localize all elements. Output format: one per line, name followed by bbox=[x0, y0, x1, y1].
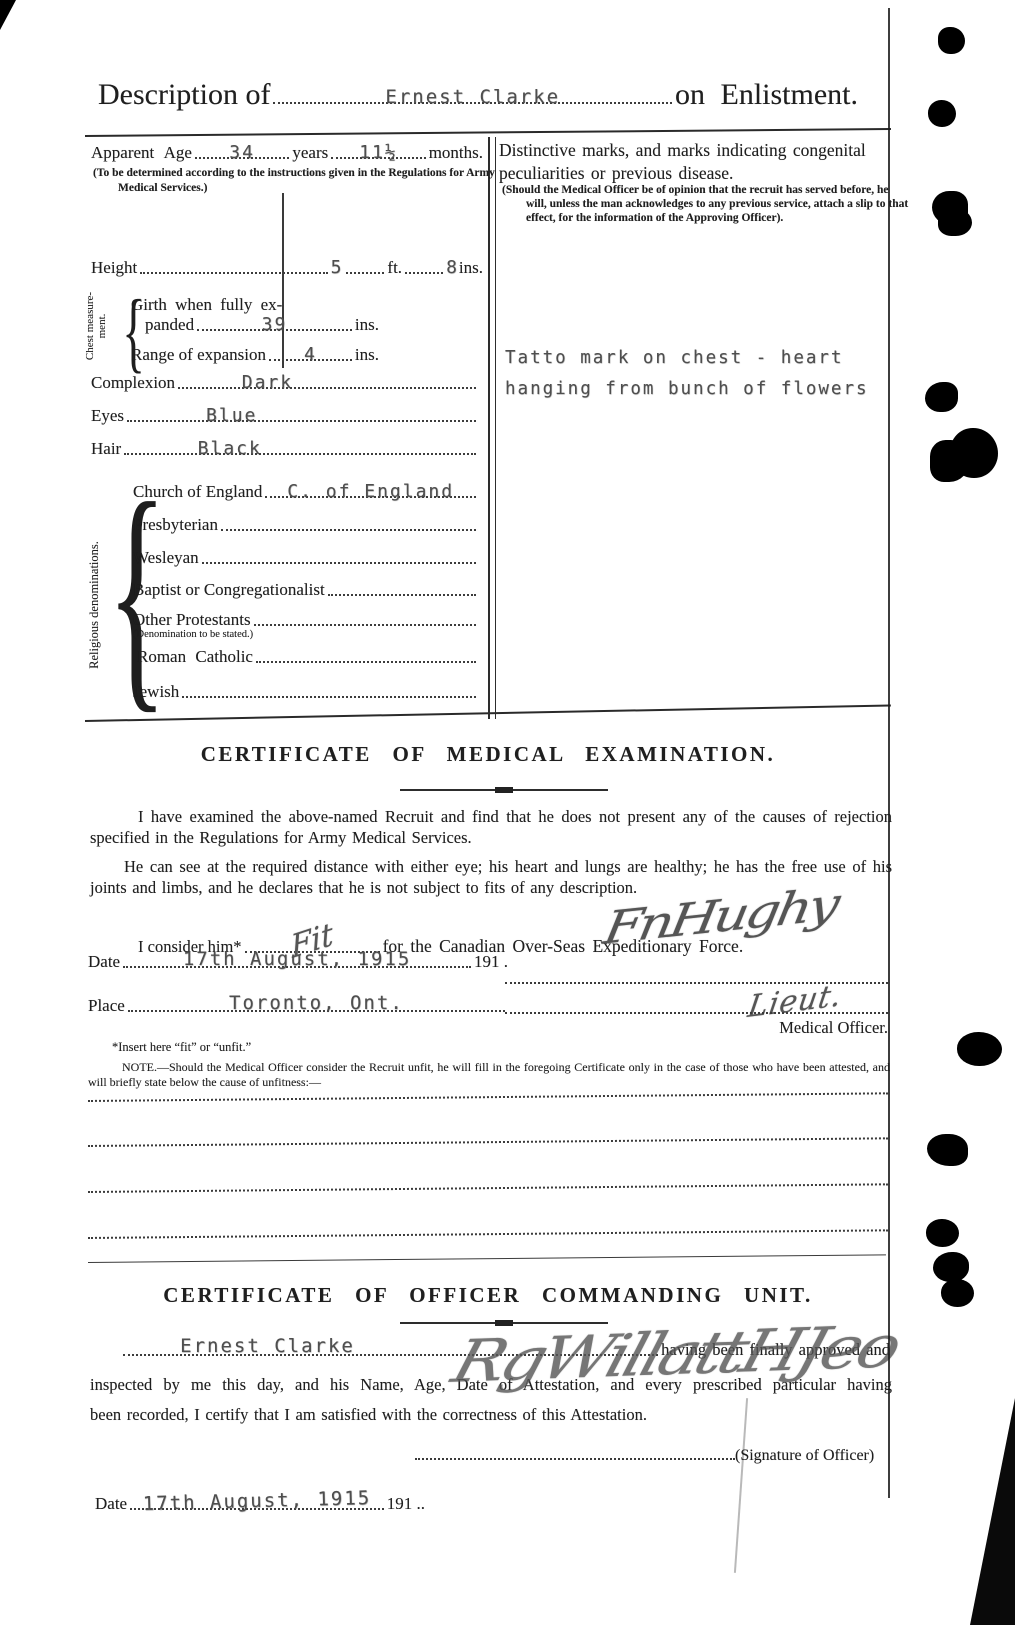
date-typed-value: 17th August, 1915 bbox=[142, 1487, 371, 1515]
value-column-divider bbox=[282, 193, 284, 368]
medical-place-row: Place Toronto, Ont. bbox=[88, 996, 508, 1016]
insert-fit-unfit-note: *Insert here “fit” or “unfit.” bbox=[112, 1040, 251, 1055]
ink-blob bbox=[957, 1032, 1002, 1066]
name-leader-line: Ernest Clarke bbox=[273, 100, 672, 104]
officer-signature-line bbox=[415, 1458, 735, 1460]
church-of-england-label: Church of England bbox=[133, 482, 262, 502]
apparent-age-label: Apparent Age bbox=[91, 143, 192, 163]
girth-unit: ins. bbox=[355, 315, 379, 335]
ink-blob bbox=[950, 428, 998, 478]
age-months-value: 11½ bbox=[359, 142, 398, 163]
distinctive-marks-note: (Should the Medical Officer be of opinio… bbox=[502, 183, 912, 225]
presbyterian-label: Presbyterian bbox=[133, 515, 218, 535]
medical-officer-line bbox=[505, 1012, 888, 1014]
religion-row: Presbyterian bbox=[133, 515, 479, 535]
ink-blob bbox=[926, 1219, 959, 1247]
eyes-row: Eyes Blue bbox=[91, 406, 479, 426]
place-label: Place bbox=[88, 996, 125, 1016]
page-title: Description of Ernest Clarke on Enlistme… bbox=[98, 78, 858, 112]
scanned-enlistment-form: Description of Ernest Clarke on Enlistme… bbox=[0, 0, 1015, 1625]
religion-leader bbox=[256, 659, 476, 663]
other-protestants-label: Other Protestants bbox=[133, 610, 251, 630]
blank-writing-line bbox=[88, 1254, 886, 1263]
baptist-congregationalist-label: Baptist or Congregationalist bbox=[133, 580, 325, 600]
range-unit: ins. bbox=[355, 345, 379, 365]
tattoo-line-1: Tatto mark on chest - heart bbox=[505, 343, 887, 374]
medical-officer-label: Medical Officer. bbox=[505, 1018, 888, 1038]
medical-paragraph-1: I have examined the above-named Recruit … bbox=[90, 806, 892, 848]
ins-label: ins. bbox=[459, 258, 483, 278]
place-typed-value: Toronto, Ont. bbox=[229, 992, 404, 1014]
distinctive-marks-heading: Distinctive marks, and marks indicating … bbox=[499, 139, 891, 185]
religion-row: Jewish bbox=[133, 682, 479, 702]
scan-edge-line bbox=[888, 8, 890, 1498]
apparent-age-row: Apparent Age 34 years 11½ months. bbox=[91, 143, 483, 163]
religion-leader bbox=[202, 560, 476, 564]
ink-blob bbox=[928, 100, 956, 127]
tattoo-typed-entry: Tatto mark on chest - heart hanging from… bbox=[505, 343, 887, 405]
height-in-value: 8 bbox=[446, 257, 459, 278]
girth-row: Girth when fully ex- panded 39 ins. bbox=[131, 295, 379, 335]
months-label: months. bbox=[429, 143, 483, 163]
commanding-date-row: Date 17th August, 1915 191 .. bbox=[95, 1494, 425, 1514]
heading-divider bbox=[400, 789, 608, 791]
range-value: 4 bbox=[304, 344, 317, 365]
leader-segment bbox=[346, 270, 384, 274]
date-typed-value: 17th August, 1915 bbox=[183, 948, 411, 970]
blank-writing-line bbox=[88, 1092, 888, 1102]
height-leader bbox=[140, 270, 327, 274]
church-of-england-value: C. of England bbox=[287, 481, 454, 502]
religion-row: Wesleyan bbox=[133, 548, 479, 568]
date-label: Date bbox=[88, 952, 120, 972]
tattoo-line-2: hanging from bunch of flowers bbox=[505, 374, 887, 405]
table-center-divider bbox=[488, 137, 496, 719]
religion-row: Baptist or Congregationalist bbox=[133, 580, 479, 600]
height-ft-value: 5 bbox=[331, 257, 344, 278]
scan-corner-artifact bbox=[970, 1398, 1015, 1625]
years-label: years bbox=[292, 143, 328, 163]
range-label: Range of expansion bbox=[131, 345, 266, 365]
eyes-leader: Blue bbox=[127, 418, 476, 422]
jewish-label: Jewish bbox=[133, 682, 179, 702]
ink-blob bbox=[938, 208, 972, 236]
girth-value: 39 bbox=[262, 314, 288, 335]
religion-leader bbox=[182, 694, 476, 698]
range-leader: 4 bbox=[269, 357, 352, 361]
recruit-name-typed: Ernest Clarke bbox=[385, 86, 560, 108]
roman-catholic-label: Roman Catholic bbox=[137, 647, 253, 667]
hair-value: Black bbox=[198, 438, 262, 459]
date-label: Date bbox=[95, 1494, 127, 1514]
religion-row: Church of England C. of England bbox=[133, 482, 479, 502]
girth-label-line2: panded bbox=[131, 315, 194, 335]
date-leader: 17th August, 1915 bbox=[123, 964, 471, 968]
height-label: Height bbox=[91, 258, 137, 278]
religion-leader bbox=[254, 622, 476, 626]
complexion-label: Complexion bbox=[91, 373, 175, 393]
religion-row: Other Protestants bbox=[133, 610, 479, 630]
ink-blob bbox=[933, 1252, 969, 1282]
apparent-age-note: (To be determined according to the instr… bbox=[93, 166, 500, 195]
eyes-value: Blue bbox=[206, 405, 257, 426]
table-top-border bbox=[85, 128, 891, 137]
medical-date-row: Date 17th August, 1915 191 . bbox=[88, 952, 508, 972]
description-table: Apparent Age 34 years 11½ months. (To be… bbox=[85, 133, 891, 722]
denomination-note: (Denomination to be stated.) bbox=[133, 629, 253, 640]
title-prefix: Description of bbox=[98, 78, 270, 112]
blank-writing-line bbox=[88, 1229, 888, 1239]
girth-leader: 39 bbox=[197, 327, 352, 331]
ink-blob bbox=[927, 1134, 968, 1166]
religion-leader: C. of England bbox=[265, 494, 476, 498]
ink-blob bbox=[938, 27, 965, 54]
signature-of-officer-label: (Signature of Officer) bbox=[735, 1447, 874, 1465]
height-row: Height 5 ft. 8 ins. bbox=[91, 257, 483, 278]
religion-leader bbox=[328, 592, 476, 596]
blank-writing-line bbox=[88, 1137, 888, 1147]
religion-row: Roman Catholic bbox=[137, 647, 479, 667]
approved-name-typed: Ernest Clarke bbox=[180, 1335, 355, 1357]
eyes-label: Eyes bbox=[91, 406, 124, 426]
commanding-certificate-heading: CERTIFICATE OF OFFICER COMMANDING UNIT. bbox=[85, 1283, 891, 1308]
leader-segment bbox=[405, 270, 443, 274]
year-stub: 191 . bbox=[474, 952, 508, 972]
wesleyan-label: Wesleyan bbox=[133, 548, 199, 568]
range-expansion-row: Range of expansion 4 ins. bbox=[131, 345, 379, 365]
ft-label: ft. bbox=[387, 258, 402, 278]
age-months-leader: 11½ bbox=[331, 155, 425, 159]
girth-label-line1: Girth when fully ex- bbox=[131, 295, 379, 315]
place-leader: Toronto, Ont. bbox=[128, 1008, 505, 1012]
complexion-value: Dark bbox=[242, 372, 293, 393]
medical-certificate-heading: CERTIFICATE OF MEDICAL EXAMINATION. bbox=[85, 742, 891, 767]
religion-leader bbox=[221, 527, 476, 531]
commanding-paragraph-line3: been recorded, I certify that I am satis… bbox=[90, 1404, 892, 1425]
title-suffix: on Enlistment. bbox=[675, 78, 858, 112]
complexion-row: Complexion Dark bbox=[91, 373, 479, 393]
scan-corner-artifact bbox=[0, 0, 16, 30]
age-years-value: 34 bbox=[229, 142, 255, 163]
ink-blob bbox=[925, 382, 958, 412]
hair-leader: Black bbox=[124, 451, 476, 455]
year-stub: 191 .. bbox=[387, 1494, 425, 1514]
complexion-leader: Dark bbox=[178, 385, 476, 389]
date-leader: 17th August, 1915 bbox=[130, 1506, 384, 1510]
medical-note-paragraph: NOTE.—Should the Medical Officer conside… bbox=[88, 1060, 890, 1090]
ink-blob bbox=[941, 1279, 974, 1307]
blank-writing-line bbox=[88, 1183, 888, 1193]
age-years-leader: 34 bbox=[195, 155, 289, 159]
